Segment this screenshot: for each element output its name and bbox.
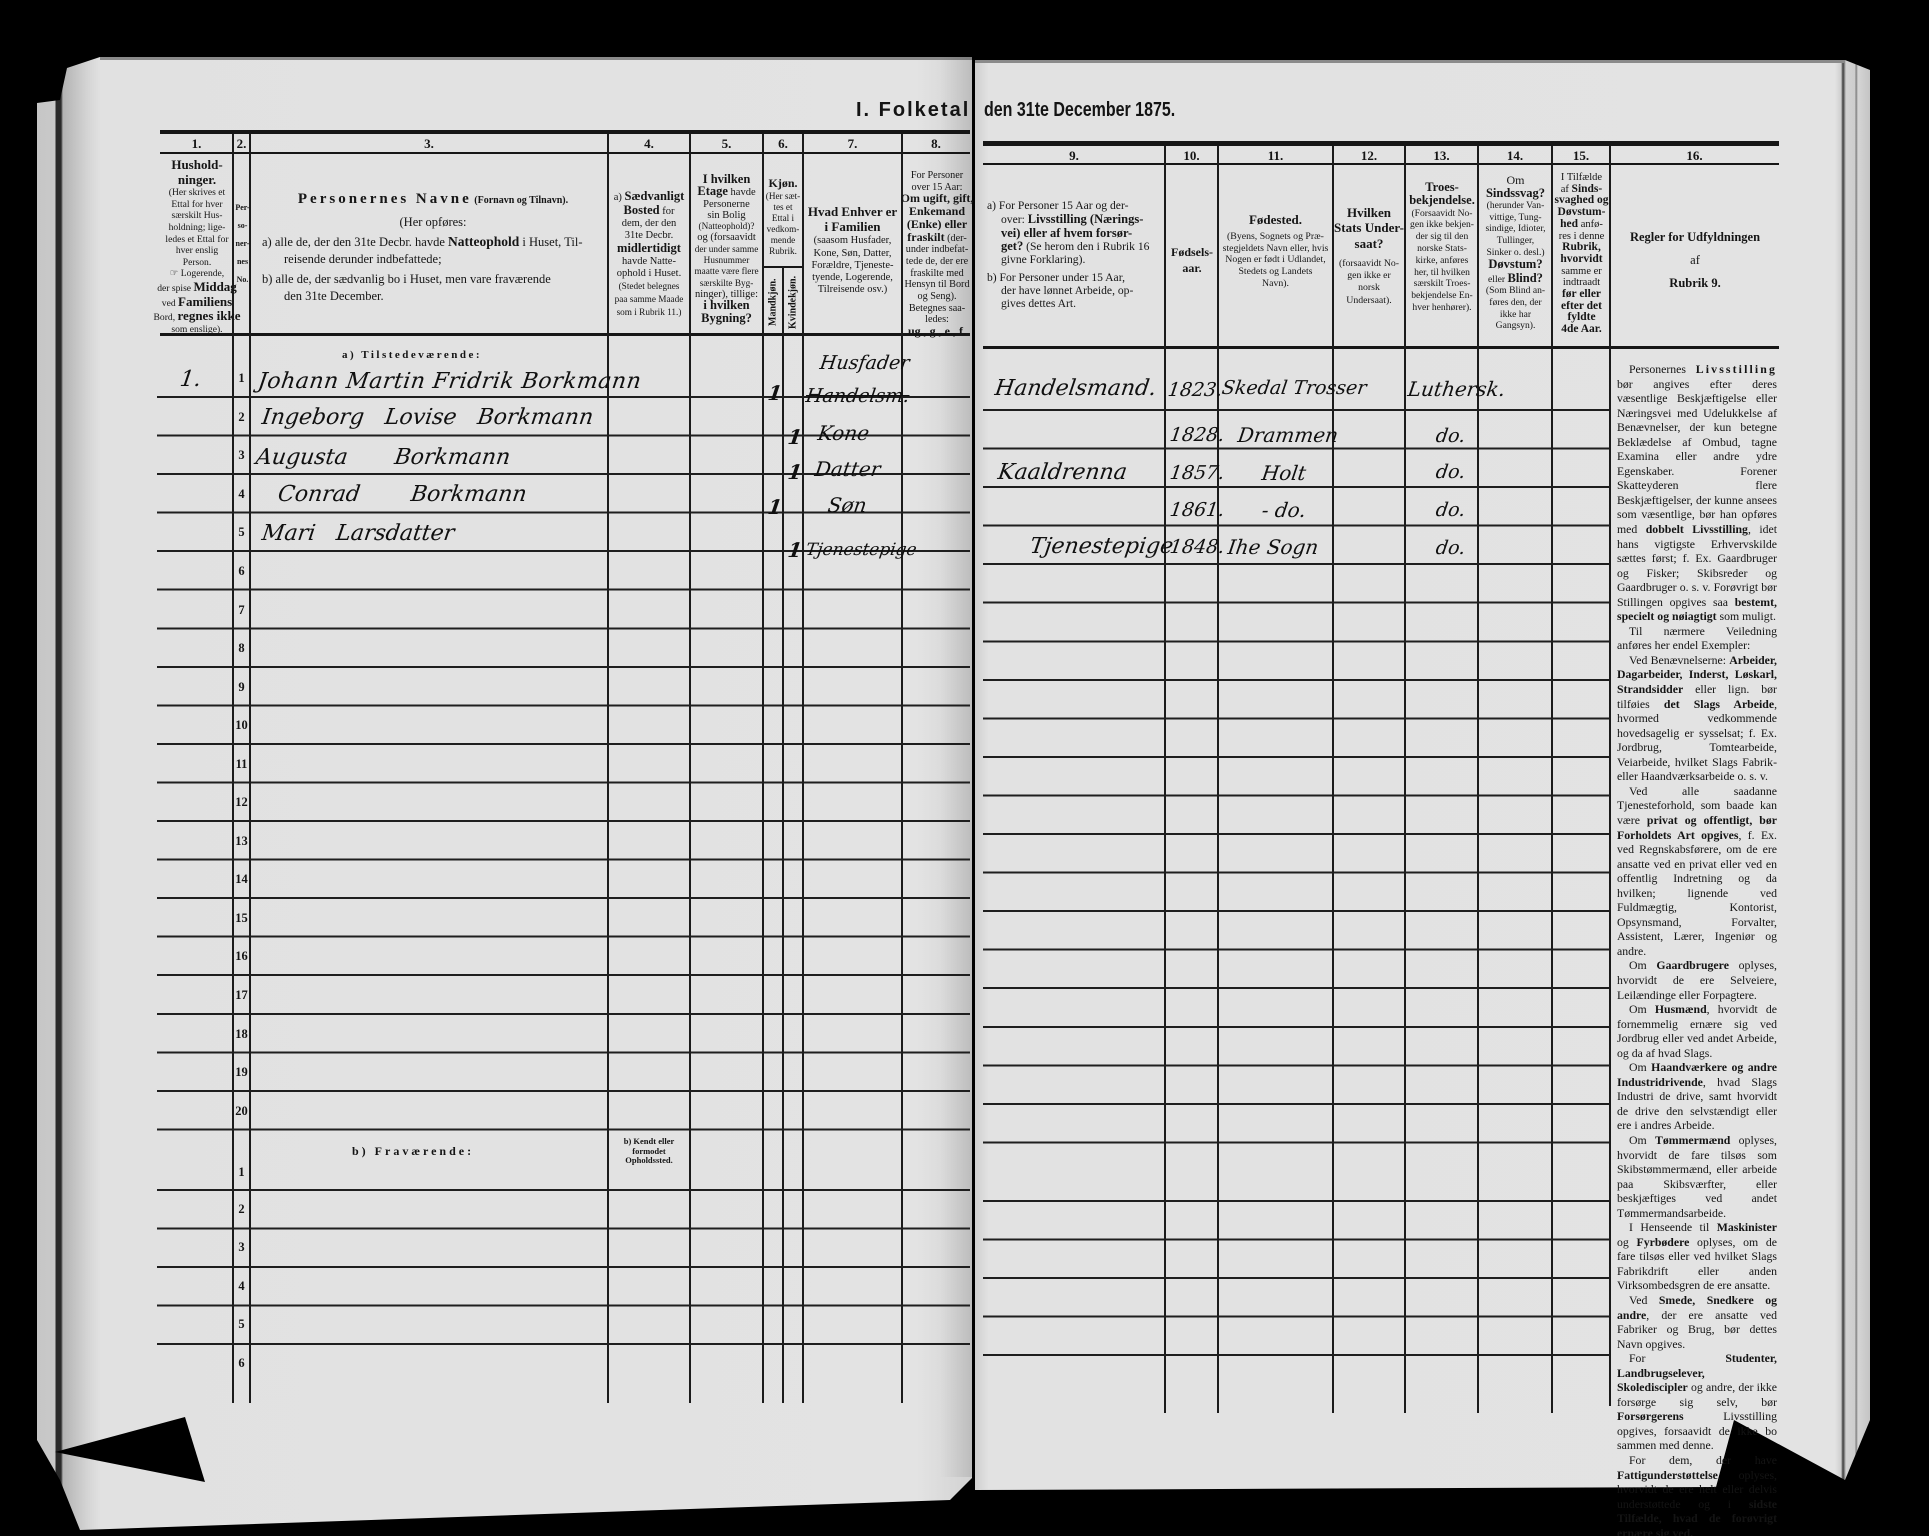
text-segment: vedkom- [767,224,800,234]
text-line: i Familien [825,220,881,235]
text-segment: (forsaavidt No- [1339,258,1399,269]
family-role: Tjenestepige [804,538,918,562]
text-line: der under samme [695,244,759,255]
row-number: 2 [233,1190,250,1229]
text-segment: Regler for Udfyldningen [1630,230,1760,244]
text-line: vei) eller af hvem forsør- [987,227,1132,241]
text-line: (Som Blind an- [1486,285,1545,297]
text-segment: særskilt Hus- [172,210,223,221]
text-segment: se [1708,1468,1718,1482]
text-line: maatte være flere [694,266,758,277]
text-line: ledes et Ettal for [165,234,228,246]
header-floor-building: I hvilkenEtage havdePersonernesin Bolig(… [691,174,762,325]
text-line: norsk [1358,282,1380,294]
text-line: (Her skrives et [169,187,225,199]
text-line: ninger. [178,173,216,188]
row-number: 19 [233,1053,250,1092]
text-line: af [1690,249,1700,272]
birthplace: Skedal Trosser [1220,376,1368,400]
text-line: som enslige). [171,324,222,336]
rules-paragraph: Ved Smede, Snedkere og andre, der ere an… [1617,1293,1777,1351]
text-line: (Her sæt- [766,191,800,202]
form-title: I. Folketal [856,98,970,122]
rules-text: Personernes Livsstilling bør angives eft… [1617,362,1777,1536]
text-line: Gangsyn). [1496,320,1536,332]
header-family-position: Hvad Enhver eri Familien(saasom Husfader… [804,205,901,296]
text-line: so- [238,217,248,235]
text-segment: get? [1001,239,1023,253]
text-segment: Hvilken [1347,205,1391,220]
text-line: Undersaat). [1346,295,1391,307]
family-role: Søn [826,493,868,517]
text-segment: so- [238,221,248,230]
rules-paragraph: For Studenter, Landbrugselever, Skoledis… [1617,1351,1777,1453]
text-line: holdning; lige- [169,222,226,234]
row-number: 5 [233,514,250,553]
text-line: vedkom- [767,224,800,235]
text-line: eller Blind? [1488,272,1543,286]
column-number: 12. [1333,146,1405,165]
person-name: Augusta Borkmann [254,446,511,470]
text-segment: (Stedet belegnes [619,281,680,291]
header-person-names: Personernes Navne (Fornavn og Tilnavn).(… [262,188,604,305]
text-segment: holdning; lige- [169,222,226,233]
text-segment: Fattigunderstøttel [1617,1468,1708,1482]
person-name: Johann Martin Fridrik Borkmann [256,370,643,394]
text-line: sindige, Idioter, [1485,223,1545,235]
rules-paragraph: Ved alle saadanne Tjenesteforhold, som b… [1617,784,1777,959]
header-marital-status: For Personerover 15 Aar:Om ugift, gift,E… [903,170,971,339]
text-segment: sin Bolig [707,210,745,221]
header-occupation: a) For Personer 15 Aar og der-over: Livs… [987,200,1163,310]
header-female: Kvindekjøn. [783,270,803,334]
text-segment: (Her sæt- [766,191,800,201]
text-segment: fraskilt [907,230,944,244]
birthplace: Ihe Sogn [1226,535,1320,559]
person-name: Ingeborg Lovise Borkmann [260,406,594,430]
text-line: den 31te December. [262,288,384,305]
text-line: saat? [1355,237,1384,252]
row-number: 10 [233,706,250,745]
family-role: Husfader [818,351,911,375]
person-name: Mari Larsdatter [260,522,456,546]
text-segment: Sinds- [1572,183,1603,195]
column-number: 5. [690,134,763,153]
column-number: 4. [608,134,690,153]
text-segment: og (forsaavidt [697,232,756,243]
text-line: Bygning? [701,313,752,325]
text-line: fraskilt (der- [907,232,966,245]
text-segment: dobbelt Livsstilling [1646,522,1748,536]
text-line: midlertidigt [617,242,681,256]
text-line: under indbefat- [906,244,969,256]
text-line: Sindssvag? [1486,187,1545,201]
text-segment: b) Kendt eller [624,1136,675,1146]
rules-paragraph: Om Haandværkere og andre Industridrivend… [1617,1060,1777,1133]
text-segment: , f. Ex. ved Regnskabsførere, om de ere … [1617,828,1777,958]
birth-year: 1828. [1168,423,1226,447]
rules-paragraph: For dem, der have Fattigunderstøttelse, … [1617,1453,1777,1536]
text-segment: Hvad Enhver er [808,204,897,219]
text-segment: Rubrik. [769,246,797,256]
text-segment: hver henhører). [1412,302,1471,313]
text-segment: Om [1629,958,1656,972]
text-line: No. [237,271,249,289]
birthplace: - do. [1260,498,1307,522]
row-number: 6 [233,552,250,591]
text-line: og (forsaavidt [697,232,756,243]
text-segment: nes [237,257,248,266]
text-segment: her, til hvilken [1414,267,1470,278]
text-line: (forsaavidt No- [1339,258,1399,270]
text-segment: som i Rubrik 11.) [617,307,682,317]
row-number: 9 [233,668,250,707]
text-segment: Rubrik 9. [1669,276,1720,290]
text-segment: vittige, Tung- [1489,212,1541,223]
text-segment: som enslige). [171,324,222,335]
text-segment: Ettal i [772,213,794,223]
text-segment: bør angives efter deres væsentlige Beskj… [1617,377,1777,536]
household-number: 1. [178,368,202,392]
text-segment: saat? [1355,236,1384,251]
text-segment: indtraadt [1563,277,1600,288]
text-line: Fødsels- [1171,244,1213,260]
row-number: 16 [233,938,250,977]
column-number: 14. [1478,146,1552,165]
text-segment: stegjeldets Navn eller, hvis [1223,243,1329,254]
rules-paragraph: Til nærmere Veiledning anføres her endel… [1617,624,1777,653]
text-line: Bosted for [624,204,675,218]
text-line: samme er [1561,266,1602,278]
text-segment: Nogen er født i Udlandet, [1225,254,1325,265]
text-segment: Bord, [154,312,178,323]
religion: Luthersk. [1406,377,1507,401]
text-segment: ikke har [1500,309,1531,320]
text-segment: fraskilte med [910,268,963,279]
text-segment: der have lønnet Arbeide, op- [1001,284,1133,297]
text-segment: Gaardbrugere [1656,958,1729,972]
text-line: tes et [773,202,792,213]
text-segment: efter det [1561,300,1602,312]
column-number: 9. [983,146,1165,165]
text-segment: svaghed og [1555,194,1609,206]
text-segment: af [1561,184,1572,195]
text-segment: I Henseende til [1629,1220,1717,1234]
text-segment: givne Forklaring). [1001,253,1085,266]
text-line: hver henhører). [1412,302,1471,314]
column-number: 13. [1405,146,1478,165]
text-line: a) Sædvanligt [614,190,685,204]
text-line: særskilt Troes- [1414,278,1471,290]
text-segment: hver enslig [176,245,218,256]
text-line: føres den, der [1489,297,1541,309]
text-segment: Stats Under- [1334,220,1404,235]
text-segment: Døvstum- [1558,206,1606,218]
text-segment: Livsstilling [1696,362,1777,376]
text-line: ner- [236,235,250,253]
text-line: Hensyn til Bord [904,279,969,291]
text-line: som i Rubrik 11.) [617,306,682,319]
row-number: 2 [233,398,250,437]
text-segment: paa samme Maade [615,294,684,304]
text-line: hed anfø- [1560,219,1603,231]
text-line: hvorvidt [1560,254,1602,266]
text-segment: Husmænd [1655,1002,1707,1016]
text-line: der spise Middag [157,280,237,295]
text-segment: (Her opføres: [400,215,467,229]
occupation: Tjenestepige [1028,535,1174,559]
text-segment: særskilte Byg- [700,278,754,288]
text-line: nes [237,253,248,271]
row-number: 15 [233,899,250,938]
religion: do. [1434,498,1467,522]
text-segment: for [660,206,675,217]
text-segment: 4de Aar. [1561,323,1601,335]
text-segment: gen ikke er [1347,270,1391,281]
text-segment: ☞ Logerende, [170,268,224,279]
text-segment: For [1629,1351,1725,1365]
text-segment: tyende, Logerende, [812,272,893,283]
text-segment: Stedets og Landets [1238,266,1312,277]
text-line: Forældre, Tjeneste- [811,260,893,272]
text-line: Kjøn. [768,176,797,191]
text-segment: dem, der den [622,218,677,229]
text-segment: Forældre, Tjeneste- [811,260,893,271]
text-segment: (Her skrives et [169,187,225,198]
text-segment: Fødsels- [1171,245,1213,259]
occupation: Kaaldrenna [996,461,1128,485]
text-line: (Natteophold)? [699,221,755,232]
text-segment: det Slags Arbeide [1664,697,1774,711]
birthplace: Holt [1260,461,1307,485]
header-bottom-rule [983,346,1779,349]
text-line: ug., g., e., f. [908,326,966,339]
row-number: 5 [233,1306,250,1345]
text-segment: Person. [183,257,212,268]
text-segment: b) alle de, der sædvanlig bo i Huset, me… [262,272,551,286]
text-segment: som muligt. [1717,609,1776,623]
text-line: stegjeldets Navn eller, hvis [1223,243,1329,255]
text-segment: Personernes [1629,362,1696,376]
text-line: Person. [183,257,212,269]
header-birthplace: Fødested.(Byens, Sognets og Præ-stegjeld… [1219,209,1332,290]
text-segment: Bygning? [701,311,752,325]
row-number: 3 [233,1229,250,1268]
text-segment: ninger. [178,172,216,187]
row-number: 3 [233,437,250,476]
page-top-edge [100,57,972,60]
text-segment: norske Stats- [1417,243,1467,254]
text-segment: ner- [236,239,250,248]
text-line: gives dettes Art. [987,298,1076,311]
text-line: norske Stats- [1417,243,1467,255]
text-segment: Hensyn til Bord [904,279,969,290]
row-lines-absent-right [983,1200,1610,1356]
text-segment: sindige, Idioter, [1485,223,1545,234]
header-rules: Regler for UdfyldningenafRubrik 9. [1611,226,1779,295]
header-citizenship: HvilkenStats Under-saat?(forsaavidt No-g… [1334,206,1404,307]
text-segment: af [1690,253,1700,267]
header-insane-deaf-blind: OmSindssvag?(herunder Van-vittige, Tung-… [1479,175,1552,332]
family-role: Datter [813,457,882,481]
text-line: og Seng). [917,291,956,303]
text-segment: føres den, der [1489,297,1541,308]
text-line: Opholdssted. [625,1156,672,1166]
text-segment: tes et [773,202,792,212]
column-number: 2. [233,134,250,153]
text-line: kirke, anføres [1416,255,1469,267]
text-segment: Natteophold [448,234,519,249]
text-line: bekjendelse. [1409,195,1475,208]
text-line: ikke har [1500,309,1531,321]
row-number: 12 [233,783,250,822]
text-segment: og [1617,1235,1637,1249]
person-name: Conrad Borkmann [276,483,528,507]
text-segment: Per- [235,203,249,212]
rules-paragraph: Om Tømmermænd oplyses, hvorvidt de fare … [1617,1133,1777,1220]
text-line: a) alle de, der den 31te Decbr. havde Na… [262,233,583,251]
text-segment: Husnummer [704,255,750,265]
text-segment: gen ikke bekjen- [1410,219,1474,230]
column-number: 6. [763,134,803,153]
text-segment: der sig til den [1416,231,1469,242]
text-line: Døvstum? [1488,258,1542,272]
text-segment: Blind? [1508,271,1543,285]
text-segment: gives dettes Art. [1001,297,1076,310]
row-number: 8 [233,629,250,668]
text-line: over: Livsstilling (Nærings- [987,213,1143,227]
text-segment: (der- [945,233,967,244]
text-segment: havde Natte- [622,256,676,267]
text-segment: Kone, Søn, Datter, [813,248,891,259]
header-sex: Kjøn.(Her sæt-tes etEttal ivedkom-mendeR… [764,176,802,257]
text-line: sin Bolig [707,210,745,221]
text-segment: Fyrbødere [1637,1235,1690,1249]
text-line: (saasom Husfader, [814,235,892,247]
text-segment: I Tilfælde [1561,172,1602,183]
text-segment: i Familien [825,219,881,234]
row-number: 1 [233,359,250,398]
text-line: Husnummer [704,255,750,266]
text-segment: og Seng). [917,291,956,302]
text-line: bekjendelse En- [1411,290,1473,302]
text-segment: aar. [1182,261,1201,275]
family-role: Kone [816,421,871,445]
text-line: Per- [235,199,249,217]
text-segment: Til nærmere Veiledning anføres her endel… [1617,624,1777,653]
text-line: havde Natte- [622,256,676,268]
text-segment: ledes et Ettal for [165,234,228,245]
text-line: paa samme Maade [615,293,684,306]
text-line: fraskilte med [910,268,963,280]
text-segment: anfø- [1578,219,1603,230]
page-top-edge [975,60,1845,63]
text-line: Kone, Søn, Datter, [813,248,891,260]
birth-year: 1848. [1168,535,1226,559]
text-segment: der spise [157,283,193,294]
text-line: tyende, Logerende, [812,272,893,284]
text-line: 4de Aar. [1561,324,1601,336]
text-line: get? (Se herom den i Rubrik 16 [987,240,1149,254]
text-line: Navn). [1262,278,1289,290]
text-segment: Undersaat). [1346,295,1391,306]
column-number: 1. [160,134,233,153]
text-segment: Bosted [624,203,660,217]
text-line: mende [771,235,796,246]
text-line: Stedets og Landets [1238,266,1312,278]
text-line: Hvad Enhver er [808,205,897,220]
text-segment: under indbefat- [906,244,969,255]
text-segment: hed [1560,218,1578,230]
text-segment: 31te Decbr. [625,230,673,241]
text-segment: (saasom Husfader, [814,235,892,246]
text-segment: særskilt Troes- [1414,278,1471,289]
text-segment: vei) eller af hvem forsør- [1001,226,1132,240]
text-segment: der under samme [695,244,759,254]
column-number: 16. [1610,146,1779,165]
occupation: Handelsmand. [993,377,1157,401]
column-number: 10. [1165,146,1218,165]
row-number: 20 [233,1092,250,1131]
text-segment: Kjøn. [768,176,797,190]
text-segment: Opholdssted. [625,1155,672,1165]
text-line: reisende derunder indbefattede; [262,251,442,268]
text-line: (Stedet belegnes [619,280,680,293]
row-number: 13 [233,822,250,861]
text-segment: reisende derunder indbefattede; [284,252,442,266]
rules-paragraph: I Henseende til Maskinister og Fyrbødere… [1617,1220,1777,1293]
birthplace: Drammen [1236,423,1340,447]
row-number: 4 [233,475,250,514]
text-segment: a) For Personer 15 Aar og der- [987,199,1128,212]
text-line: ved Familiens [162,295,232,310]
text-line: (herunder Van- [1487,200,1545,212]
column-number: 8. [902,134,970,153]
text-segment: bekjendelse En- [1411,290,1473,301]
text-segment: ug., g., e., f. [908,324,966,338]
text-segment: i Huset, Til- [519,235,582,249]
row-lines-absent-left [157,1189,970,1345]
column-number: 7. [803,134,902,153]
text-segment: Etage [697,184,728,198]
text-segment: ved [162,298,178,309]
text-line: Ettal i [772,213,794,224]
text-line: (Her opføres: [400,214,467,231]
text-segment: Personernes Navne [298,191,472,207]
text-segment: Fødested. [1249,212,1302,227]
text-line: ophold i Huset. [617,268,681,280]
text-line: Tullinger, [1497,235,1534,247]
text-segment: Tullinger, [1497,235,1534,246]
text-segment: (herunder Van- [1487,200,1545,211]
rules-paragraph: Personernes Livsstilling bør angives eft… [1617,362,1777,624]
text-segment: Om [1629,1060,1651,1074]
column-number: 15. [1552,146,1610,165]
row-number: 17 [233,976,250,1015]
text-segment: Middag [193,279,236,294]
text-line: Hushold- [171,158,222,173]
text-segment: (Som Blind an- [1486,285,1545,296]
text-segment: For dem, der have [1629,1453,1777,1467]
text-segment: a) alle de, der den 31te Decbr. havde [262,235,448,249]
rules-paragraph: Om Gaardbrugere oplyses, hvorvidt de ere… [1617,958,1777,1002]
absent-residence-note: b) Kendt ellerformodetOpholdssted. [609,1137,689,1166]
text-segment: Om [1629,1002,1655,1016]
text-line: (Byens, Sognets og Præ- [1227,231,1324,243]
text-segment: No. [237,275,249,284]
text-segment: Forsørgerens [1617,1409,1684,1423]
header-religion: Troes-bekjendelse.(Forsaavidt No-gen ikk… [1406,182,1478,314]
